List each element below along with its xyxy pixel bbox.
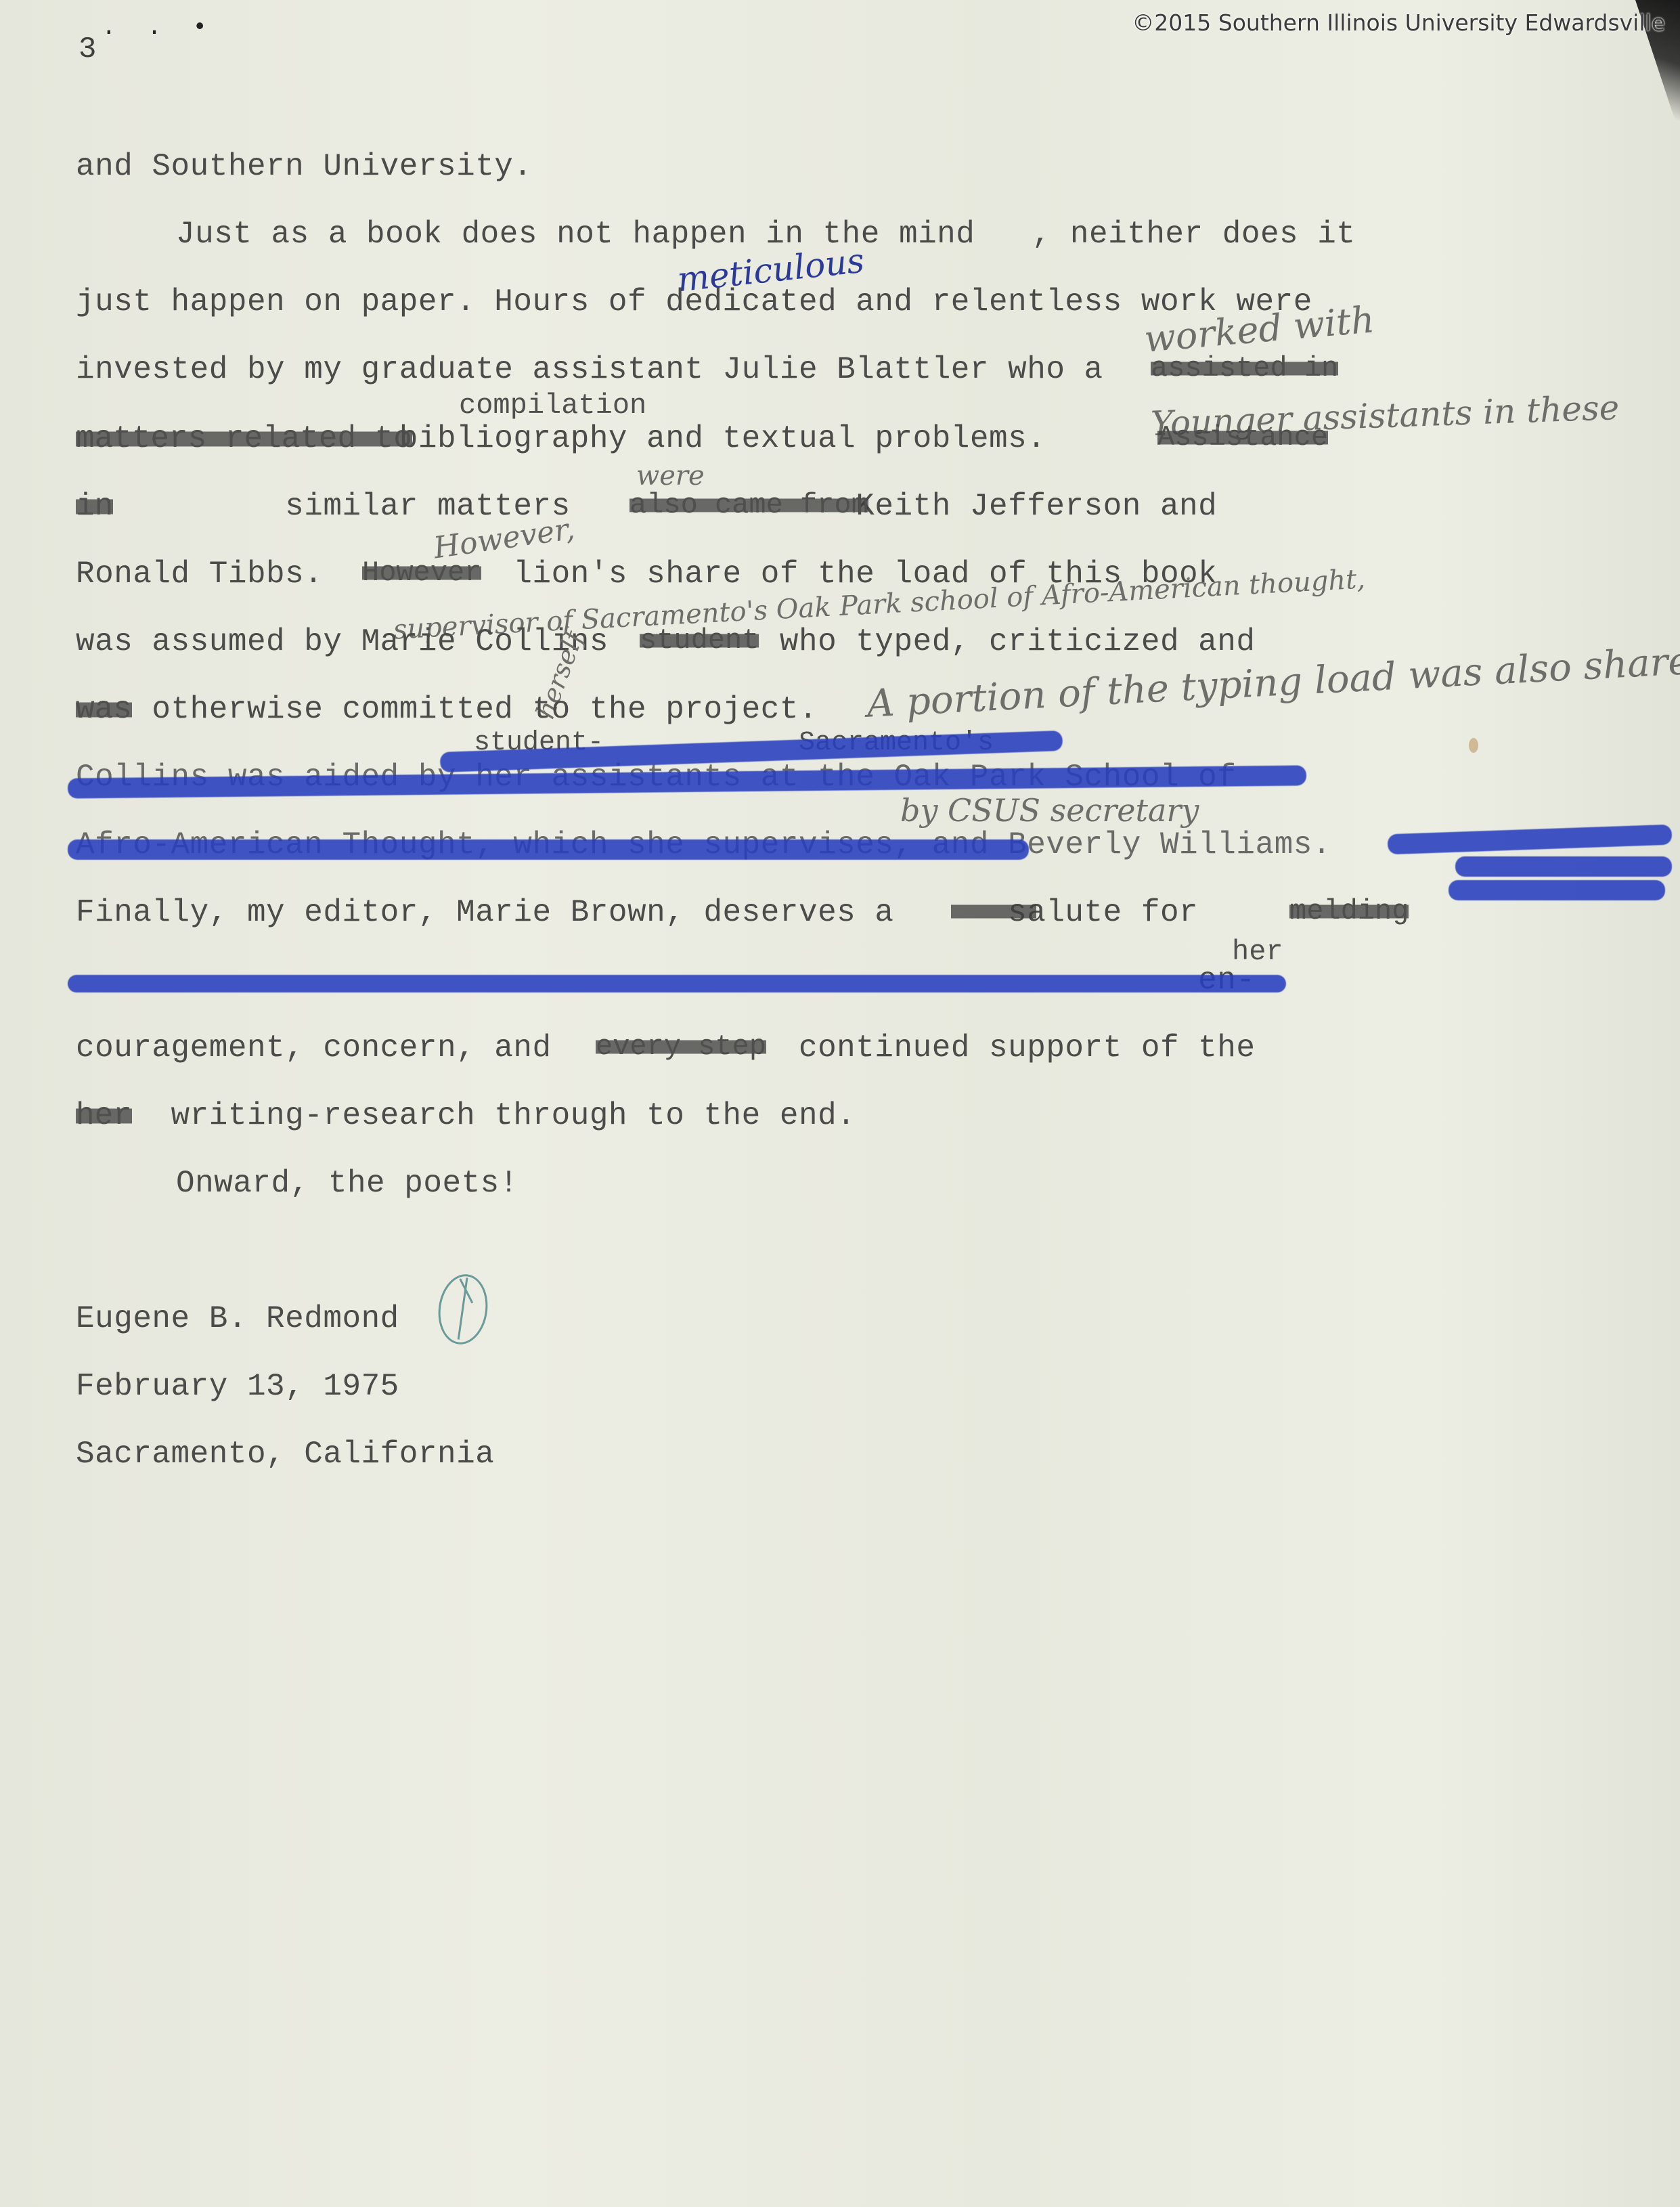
signature-name: Eugene B. Redmond [76,1301,399,1336]
struck-assisted-in: assisted in [1151,352,1338,385]
insertion-compilation: compilation [459,389,646,422]
signature-date: February 13, 1975 [76,1369,399,1404]
page-number: 3 [79,32,96,66]
struck-every-step: every step [596,1030,766,1063]
blue-strike-line-11 [68,839,1029,860]
annotation-were: were [636,460,705,491]
text-line-3: just happen on paper. Hours of dedicated… [76,284,1312,320]
text-line-15: writing-research through to the end. [76,1098,856,1133]
annotation-csus-secretary: by CSUS secretary [900,792,1199,829]
paper-stain [1469,738,1478,753]
text-line-1: and Southern University. [76,149,533,184]
struck-assistance: Assistance [1157,421,1328,454]
text-line-4: invested by my graduate assistant Julie … [76,352,1103,387]
peace-symbol-icon [434,1271,492,1347]
struck-also-came-from: also came from [629,489,868,521]
copyright-watermark: ©2015 Southern Illinois University Edwar… [1132,9,1665,36]
blue-strike-line-13 [68,975,1286,992]
punch-marks: . . • [102,14,215,41]
blue-scribble-2 [1455,856,1672,877]
struck-however: However [362,556,481,589]
struck-word-salute [951,895,1036,927]
text-line-5: bibliography and textual problems. [76,421,1046,456]
blue-scribble-3 [1449,880,1665,900]
struck-melding: melding [1289,895,1409,927]
text-line-9: otherwise committed to the project. [76,692,818,727]
blue-scribble-1 [1388,825,1673,855]
signature-place: Sacramento, California [76,1437,494,1472]
closing-line: Onward, the poets! [176,1166,518,1201]
struck-student: student [640,624,759,657]
text-line-2: Just as a book does not happen in the mi… [176,217,1355,252]
